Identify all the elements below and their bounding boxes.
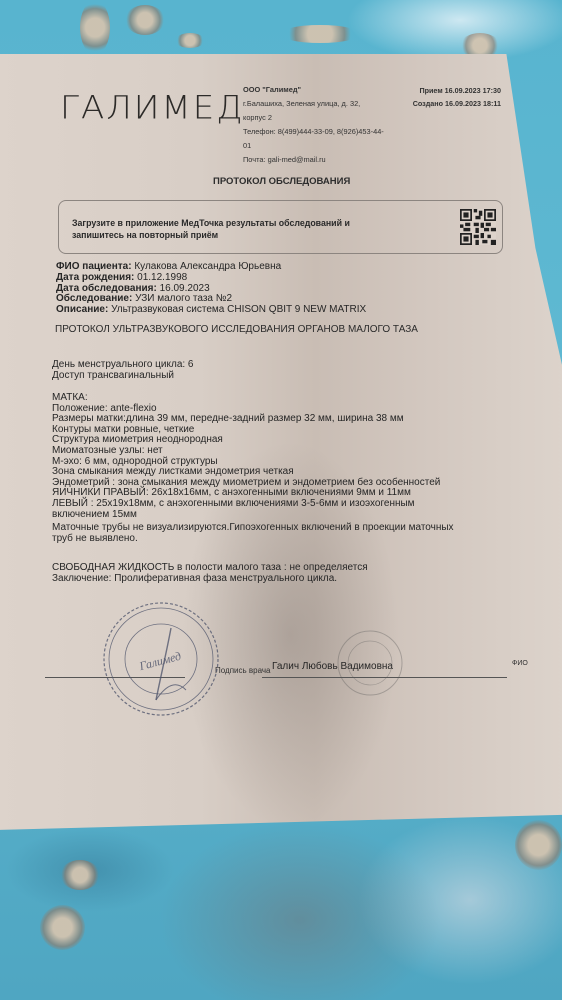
- field-label: Дата обследования:: [56, 283, 157, 294]
- text-line: СВОБОДНАЯ ЖИДКОСТЬ в полости малого таза…: [52, 563, 368, 574]
- text-line: Доступ трансвагинальный: [52, 371, 194, 382]
- promo-text: Загрузите в приложение МедТочка результа…: [72, 217, 432, 241]
- field-label: ФИО пациента:: [56, 261, 132, 272]
- exam-name: УЗИ малого таза №2: [135, 293, 232, 304]
- qr-code-icon: [459, 209, 497, 245]
- field-label: Обследование:: [56, 293, 132, 304]
- company-name: ООО "Галимед": [243, 83, 408, 97]
- description-row: Описание: Ультразвуковая система CHISON …: [56, 305, 366, 316]
- company-info: ООО "Галимед" г.Балашиха, Зеленая улица,…: [243, 83, 408, 167]
- text-line: труб не выявлено.: [52, 534, 522, 545]
- document-title: ПРОТОКОЛ ОБСЛЕДОВАНИЯ: [213, 176, 350, 187]
- uterus-section: МАТКА: Положение: ante-flexio Размеры ма…: [52, 393, 440, 520]
- text-line: включением 15мм: [52, 510, 440, 521]
- stamp-text: Галимед: [137, 649, 183, 674]
- email-line: Почта: gali-med@mail.ru: [243, 153, 408, 167]
- phone-line: Телефон: 8(499)444-33-09, 8(926)453-44-: [243, 125, 408, 139]
- text-line: ЛЕВЫЙ : 25x19x18мм, с анэхогенными включ…: [52, 499, 440, 510]
- phone-line: 01: [243, 139, 408, 153]
- fabric-pattern: [80, 0, 110, 55]
- fio-label: ФИО: [512, 660, 528, 667]
- fabric-pattern: [280, 25, 360, 43]
- promo-line: Загрузите в приложение МедТочка результа…: [72, 217, 432, 229]
- fabric-pattern: [40, 905, 85, 950]
- created-date: Создано 16.09.2023 18:11: [405, 97, 501, 110]
- clinic-logo: ГАЛИМЕД: [60, 89, 245, 127]
- text-line: МАТКА:: [52, 393, 440, 404]
- field-label: Описание:: [56, 304, 108, 315]
- exam-description: Ультразвуковая система CHISON QBIT 9 NEW…: [111, 304, 366, 315]
- stamp-icon: Галимед: [101, 600, 221, 718]
- field-label: Дата рождения:: [56, 272, 134, 283]
- fabric-pattern: [125, 5, 165, 35]
- appointment-date: Прием 16.09.2023 17:30: [405, 84, 501, 97]
- faint-stamp-icon: [335, 628, 405, 698]
- exam-date: 16.09.2023: [160, 283, 210, 294]
- address-line: г.Балашиха, Зеленая улица, д. 32,: [243, 97, 408, 111]
- patient-name: Кулакова Александра Юрьевна: [134, 261, 281, 272]
- address-line: корпус 2: [243, 111, 408, 125]
- document-dates: Прием 16.09.2023 17:30 Создано 16.09.202…: [405, 84, 501, 110]
- text-line: День менструального цикла: 6: [52, 360, 194, 371]
- conclusion-line: Заключение: Пролиферативная фаза менстру…: [52, 574, 368, 585]
- patient-info: ФИО пациента: Кулакова Александра Юрьевн…: [56, 262, 366, 316]
- conclusion-section: СВОБОДНАЯ ЖИДКОСТЬ в полости малого таза…: [52, 563, 368, 584]
- fabric-pattern: [175, 33, 205, 48]
- text-line: Маточные трубы не визуализируются.Гипоэх…: [52, 523, 522, 534]
- text-line: Миоматозные узлы: нет: [52, 446, 440, 457]
- intro-section: День менструального цикла: 6 Доступ тран…: [52, 360, 194, 381]
- fabric-pattern: [515, 820, 562, 870]
- signature-label: Подпись врача: [215, 666, 270, 675]
- promo-line: запишитесь на повторный приём: [72, 229, 432, 241]
- patient-dob: 01.12.1998: [137, 272, 187, 283]
- protocol-heading: ПРОТОКОЛ УЛЬТРАЗВУКОВОГО ИССЛЕДОВАНИЯ ОР…: [55, 324, 418, 335]
- fabric-pattern: [60, 860, 100, 890]
- tubes-section: Маточные трубы не визуализируются.Гипоэх…: [52, 523, 522, 544]
